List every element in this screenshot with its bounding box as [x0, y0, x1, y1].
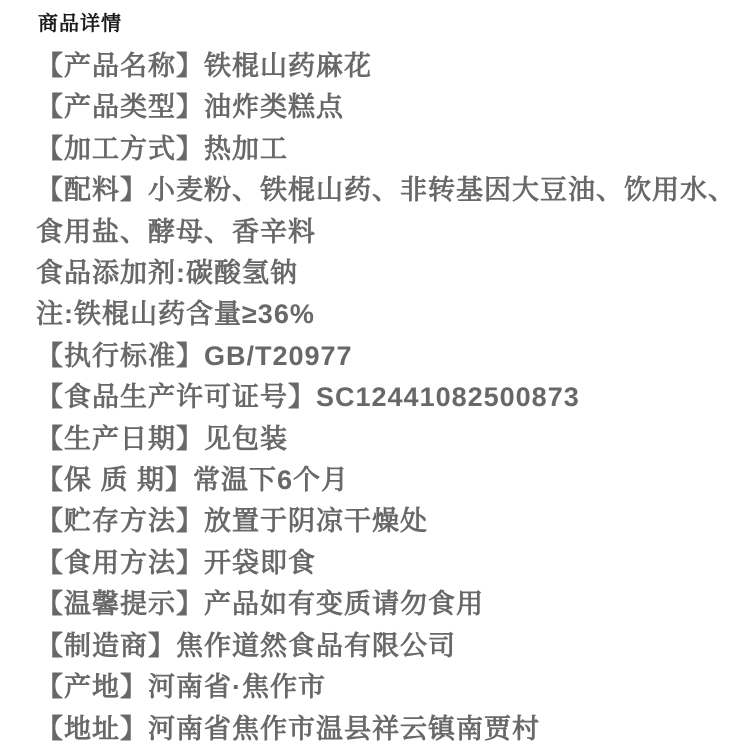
detail-line-eating-method: 【食用方法】开袋即食	[36, 543, 722, 584]
detail-value: 河南省·焦作市	[148, 672, 326, 702]
detail-label: 【生产日期】	[36, 424, 204, 454]
detail-label: 【制造商】	[36, 631, 176, 661]
detail-line-product-name: 【产品名称】铁棍山药麻花	[36, 46, 722, 87]
detail-value: 注:铁棍山药含量≥36%	[36, 299, 315, 329]
detail-label: 【地址】	[36, 714, 148, 744]
detail-label: 【保 质 期】	[36, 465, 193, 495]
detail-line-warm-tip: 【温馨提示】产品如有变质请勿食用	[36, 584, 722, 625]
detail-value: 热加工	[204, 134, 288, 164]
detail-line-license-number: 【食品生产许可证号】SC12441082500873	[36, 377, 722, 418]
detail-value: 焦作道然食品有限公司	[176, 631, 456, 661]
detail-value: 见包装	[204, 424, 288, 454]
detail-value: 小麦粉、铁棍山药、非转基因大豆油、饮用水、	[148, 175, 736, 205]
detail-label: 【食品生产许可证号】	[36, 382, 316, 412]
detail-line-processing-method: 【加工方式】热加工	[36, 129, 722, 170]
detail-value: 放置于阴凉干燥处	[204, 506, 428, 536]
page-title: 商品详情	[38, 13, 722, 35]
detail-label: 【产地】	[36, 672, 148, 702]
detail-label: 【配料】	[36, 175, 148, 205]
detail-value: 铁棍山药麻花	[204, 51, 372, 81]
detail-label: 【温馨提示】	[36, 589, 204, 619]
detail-value: 食品添加剂:碳酸氢钠	[36, 258, 298, 288]
detail-label: 【贮存方法】	[36, 506, 204, 536]
detail-value: 河南省焦作市温县祥云镇南贾村	[148, 714, 540, 744]
detail-value: 油炸类糕点	[204, 92, 344, 122]
detail-line-shelf-life: 【保 质 期】常温下6个月	[36, 460, 722, 501]
detail-line-manufacturer: 【制造商】焦作道然食品有限公司	[36, 626, 722, 667]
detail-line-ingredients: 【配料】小麦粉、铁棍山药、非转基因大豆油、饮用水、	[36, 170, 722, 211]
detail-line-origin: 【产地】河南省·焦作市	[36, 667, 722, 708]
detail-line-note-yam-content: 注:铁棍山药含量≥36%	[36, 294, 722, 335]
detail-value: 食用盐、酵母、香辛料	[36, 217, 316, 247]
detail-lines: 【产品名称】铁棍山药麻花 【产品类型】油炸类糕点 【加工方式】热加工 【配料】小…	[36, 46, 722, 750]
detail-line-ingredients-cont: 食用盐、酵母、香辛料	[36, 212, 722, 253]
detail-label: 【加工方式】	[36, 134, 204, 164]
detail-value: SC12441082500873	[316, 382, 580, 412]
detail-line-storage-method: 【贮存方法】放置于阴凉干燥处	[36, 501, 722, 542]
detail-line-food-additive: 食品添加剂:碳酸氢钠	[36, 253, 722, 294]
detail-value: 开袋即食	[204, 548, 316, 578]
detail-value: 产品如有变质请勿食用	[204, 589, 484, 619]
detail-line-standard: 【执行标准】GB/T20977	[36, 336, 722, 377]
product-details-page: 商品详情 【产品名称】铁棍山药麻花 【产品类型】油炸类糕点 【加工方式】热加工 …	[0, 0, 750, 750]
detail-label: 【产品名称】	[36, 51, 204, 81]
detail-label: 【执行标准】	[36, 341, 204, 371]
detail-line-production-date: 【生产日期】见包装	[36, 419, 722, 460]
detail-line-address: 【地址】河南省焦作市温县祥云镇南贾村	[36, 709, 722, 750]
detail-value: 常温下6个月	[193, 465, 349, 495]
detail-label: 【产品类型】	[36, 92, 204, 122]
detail-value: GB/T20977	[204, 341, 353, 371]
detail-label: 【食用方法】	[36, 548, 204, 578]
detail-line-product-type: 【产品类型】油炸类糕点	[36, 87, 722, 128]
